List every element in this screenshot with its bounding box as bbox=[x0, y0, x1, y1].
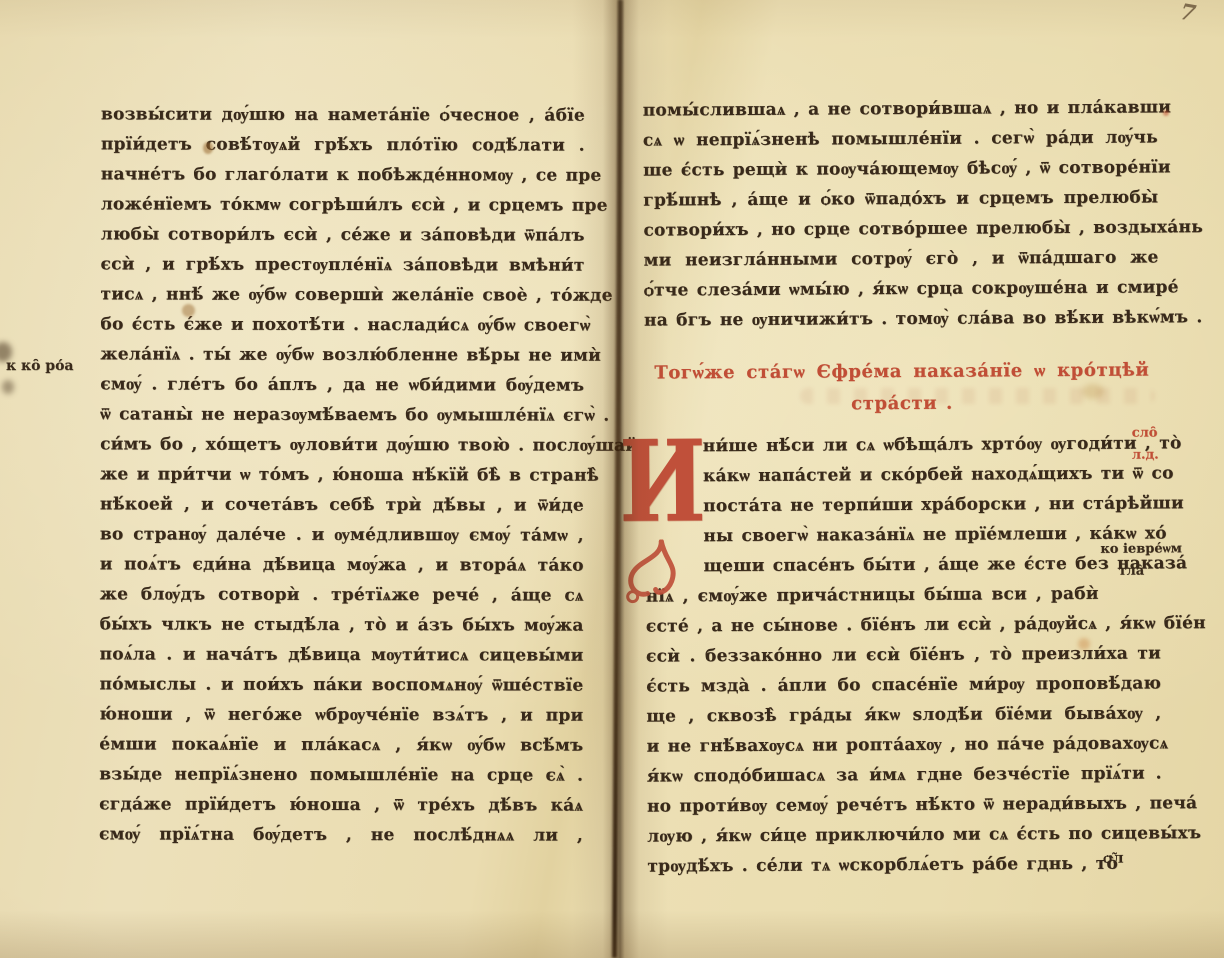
text-line: єгда́же прїи́детъ ю́ноша , ѿ тре́хъ дѣ́в… bbox=[99, 789, 583, 820]
pen-mark: 7 bbox=[1175, 0, 1200, 27]
margin-note-line: л.д. bbox=[1132, 444, 1159, 466]
rubric-heading: Тогѡ́же ста́гѡ Єфре́ма наказа́нїе ѡ кро́… bbox=[644, 354, 1159, 421]
text-line: я́кѡ сподо́бишасѧ за и́мѧ гдне безче́стї… bbox=[647, 758, 1162, 791]
sermon-body: И ни́ше нѣ́си ли сѧ ѡбѣща́лъ хрто́ѹ ѹгод… bbox=[645, 428, 1163, 881]
text-line: бо є́сть є́же и похотѣ́ти . наслади́сѧ ѹ… bbox=[100, 309, 584, 340]
text-line: ю́ноши , ѿ него́же ѡбрѹче́нїе взѧ́тъ , и… bbox=[99, 699, 583, 730]
text-line: по́мыслы . и пои́хъ па́ки воспомѧнѹ́ ѿше… bbox=[99, 669, 583, 700]
margin-note-citation: ко іевре́ѡм тла̑ bbox=[1100, 538, 1182, 582]
text-line: ємѹ́ прїѧ́тна бѹ́детъ , не послѣ́днѧѧ ли… bbox=[99, 819, 583, 850]
text-line: ны своегѡ̀ наказа́нїѧ не прїе́млеши , ка… bbox=[645, 518, 1160, 551]
text-line: си́мъ бо , хо́щетъ ѹлови́ти дѹ́шю твою̀ … bbox=[100, 429, 584, 460]
text-line: ємѹ́ . гле́тъ бо а́плъ , да не ѡби́дими … bbox=[100, 369, 584, 400]
text-line: но проти́вѹ семѹ́ рече́тъ нѣ́кто ѿ нерад… bbox=[647, 788, 1162, 821]
text-line: ѻ́тче слеза́ми ѡмы́ю , я́кѡ срца сокрѹше… bbox=[644, 272, 1159, 305]
text-line: ше є́сть рещѝ к поѹча́ющемѹ бѣсѹ́ , ѿ со… bbox=[643, 152, 1158, 185]
text-line: нїѧ , ємѹ́же прича́стницы бы́ша вси , ра… bbox=[646, 578, 1161, 611]
text-line: жела́нїѧ . ты́ же ѹ́бѡ возлю́бленне вѣ́р… bbox=[100, 339, 584, 370]
initial-letter: И bbox=[619, 425, 707, 538]
text-line: трѹдѣ́хъ . се́ли тѧ ѡскорблѧ́етъ ра́бе г… bbox=[647, 848, 1162, 881]
text-line: ка́кѡ напа́стей и ско́рбей находѧ́щихъ т… bbox=[645, 458, 1160, 491]
text-line: взы́де непрїѧ́знено помышле́нїе на срце … bbox=[99, 759, 583, 790]
book-spread: возвы́сити дѹ́шю на намета́нїе ѻ́чесное … bbox=[0, 0, 1224, 958]
text-line: е́мши покаѧ́нїе и пла́касѧ , я́кѡ ѹ́бѡ в… bbox=[99, 729, 583, 760]
text-line: любы̀ сотвори́лъ єсѝ , се́же и за́повѣди… bbox=[101, 219, 585, 250]
text-line: грѣ́шнѣ , а́ще и ѻ́ко ѿпадо́хъ и срцемъ … bbox=[643, 182, 1158, 215]
margin-note-line: ко іевре́ѡм bbox=[1100, 538, 1182, 560]
left-page-text-column: возвы́сити дѹ́шю на намета́нїе ѻ́чесное … bbox=[99, 99, 585, 850]
margin-note-line: тла̑ bbox=[1100, 560, 1182, 582]
text-line: ложе́нїемъ то́кмѡ согрѣши́лъ єсѝ , и срц… bbox=[101, 189, 585, 220]
right-page-text-column: помы́слившаѧ , а не сотвори́вшаѧ , но и … bbox=[643, 92, 1163, 881]
rubric-heading-line: Тогѡ́же ста́гѡ Єфре́ма наказа́нїе ѡ кро́… bbox=[644, 354, 1159, 389]
text-line: помы́слившаѧ , а не сотвори́вшаѧ , но и … bbox=[643, 92, 1158, 125]
text-line: ще , сквозѣ̀ гра́ды я́кѡ ѕлодѣ́и бїе́ми … bbox=[646, 698, 1161, 731]
text-line: є́сть мзда̀ . а́пли бо спасе́нїе ми́рѹ п… bbox=[646, 668, 1161, 701]
text-line: же и при́тчи ѡ то́мъ , ю́ноша нѣ́кїй бѣ̀… bbox=[100, 459, 584, 490]
text-line: начне́тъ бо глаго́лати к побѣжде́нномѹ ,… bbox=[101, 159, 585, 190]
text-line: бы́хъ члкъ не стыдѣ́ла , то̀ и а́зъ бы́х… bbox=[100, 609, 584, 640]
text-line: єсѝ , и грѣ́хъ престѹпле́нїѧ за́повѣди в… bbox=[101, 249, 585, 280]
quire-signature: ѻ̃л bbox=[1103, 849, 1124, 868]
text-line: ми неизгла́нными сотрѹ́ єго̀ , и ѿпа́дша… bbox=[644, 242, 1159, 275]
text-line: щеши спасе́нъ бы́ти , а́ще же є́сте без … bbox=[645, 548, 1160, 581]
text-line: сѧ ѡ непрїѧ́зненѣ помышле́нїи . сегѡ̀ ра… bbox=[643, 122, 1158, 155]
text-line: возвы́сити дѹ́шю на намета́нїе ѻ́чесное … bbox=[101, 99, 585, 130]
margin-note-citation: к ко̑ ро́а bbox=[6, 358, 74, 374]
text-line: прїи́детъ совѣ́тѹѧй грѣ́хъ пло́тїю содѣ́… bbox=[101, 129, 585, 160]
text-line: и не гнѣ́вахѹсѧ ни ропта́ахѹ , но па́че … bbox=[646, 728, 1161, 761]
text-line: нѣ́коей , и сочета́въ себѣ̀ трѝ дѣ́вы , … bbox=[100, 489, 584, 520]
ornament-flourish-icon bbox=[621, 539, 685, 605]
text-line: же блѹ́дъ сотворѝ . тре́тїѧже рече́ , а́… bbox=[100, 579, 584, 610]
text-line: тисѧ , ннѣ́ же ѹ́бѡ совершѝ жела́нїе сво… bbox=[100, 279, 584, 310]
margin-note-line: сло̑ bbox=[1132, 422, 1159, 444]
text-line: єсѝ . беззако́нно ли єсѝ бїе́нъ , то̀ пр… bbox=[646, 638, 1161, 671]
text-line: ни́ше нѣ́си ли сѧ ѡбѣща́лъ хрто́ѹ ѹгоди́… bbox=[645, 428, 1160, 461]
drop-cap-initial: И bbox=[645, 431, 704, 581]
text-line: на бгъ не ѹничижи́тъ . томѹ̀ сла́ва во в… bbox=[644, 302, 1159, 335]
text-line: поста́та не терпи́ши хра́борски , ни ста… bbox=[645, 488, 1160, 521]
text-line: лѹю , я́кѡ си́це приключи́ло ми сѧ є́сть… bbox=[647, 818, 1162, 851]
margin-note-sermon-number: сло̑ л.д. bbox=[1132, 422, 1159, 466]
text-line: поѧ́ла . и нача́тъ дѣ́вица мѹти́тисѧ сиц… bbox=[99, 639, 583, 670]
text-line: во странѹ́ дале́че . и ѹме́длившѹ ємѹ́ т… bbox=[100, 519, 584, 550]
text-line: ѿ сатаны̀ не неразѹмѣ́ваемъ бо ѹмышле́нї… bbox=[100, 399, 584, 430]
page-edge-shadow bbox=[2, 380, 14, 394]
rubric-heading-line: стра́сти . bbox=[644, 386, 1159, 421]
text-line: єсте́ , а не сы́нове . бїе́нъ ли єсѝ , р… bbox=[646, 608, 1161, 641]
text-line: сотвори́хъ , но срце сотво́ршее прелюбы̀… bbox=[643, 212, 1158, 245]
text-line: и поѧ́тъ єди́на дѣ́вица мѹ́жа , и втора́… bbox=[100, 549, 584, 580]
